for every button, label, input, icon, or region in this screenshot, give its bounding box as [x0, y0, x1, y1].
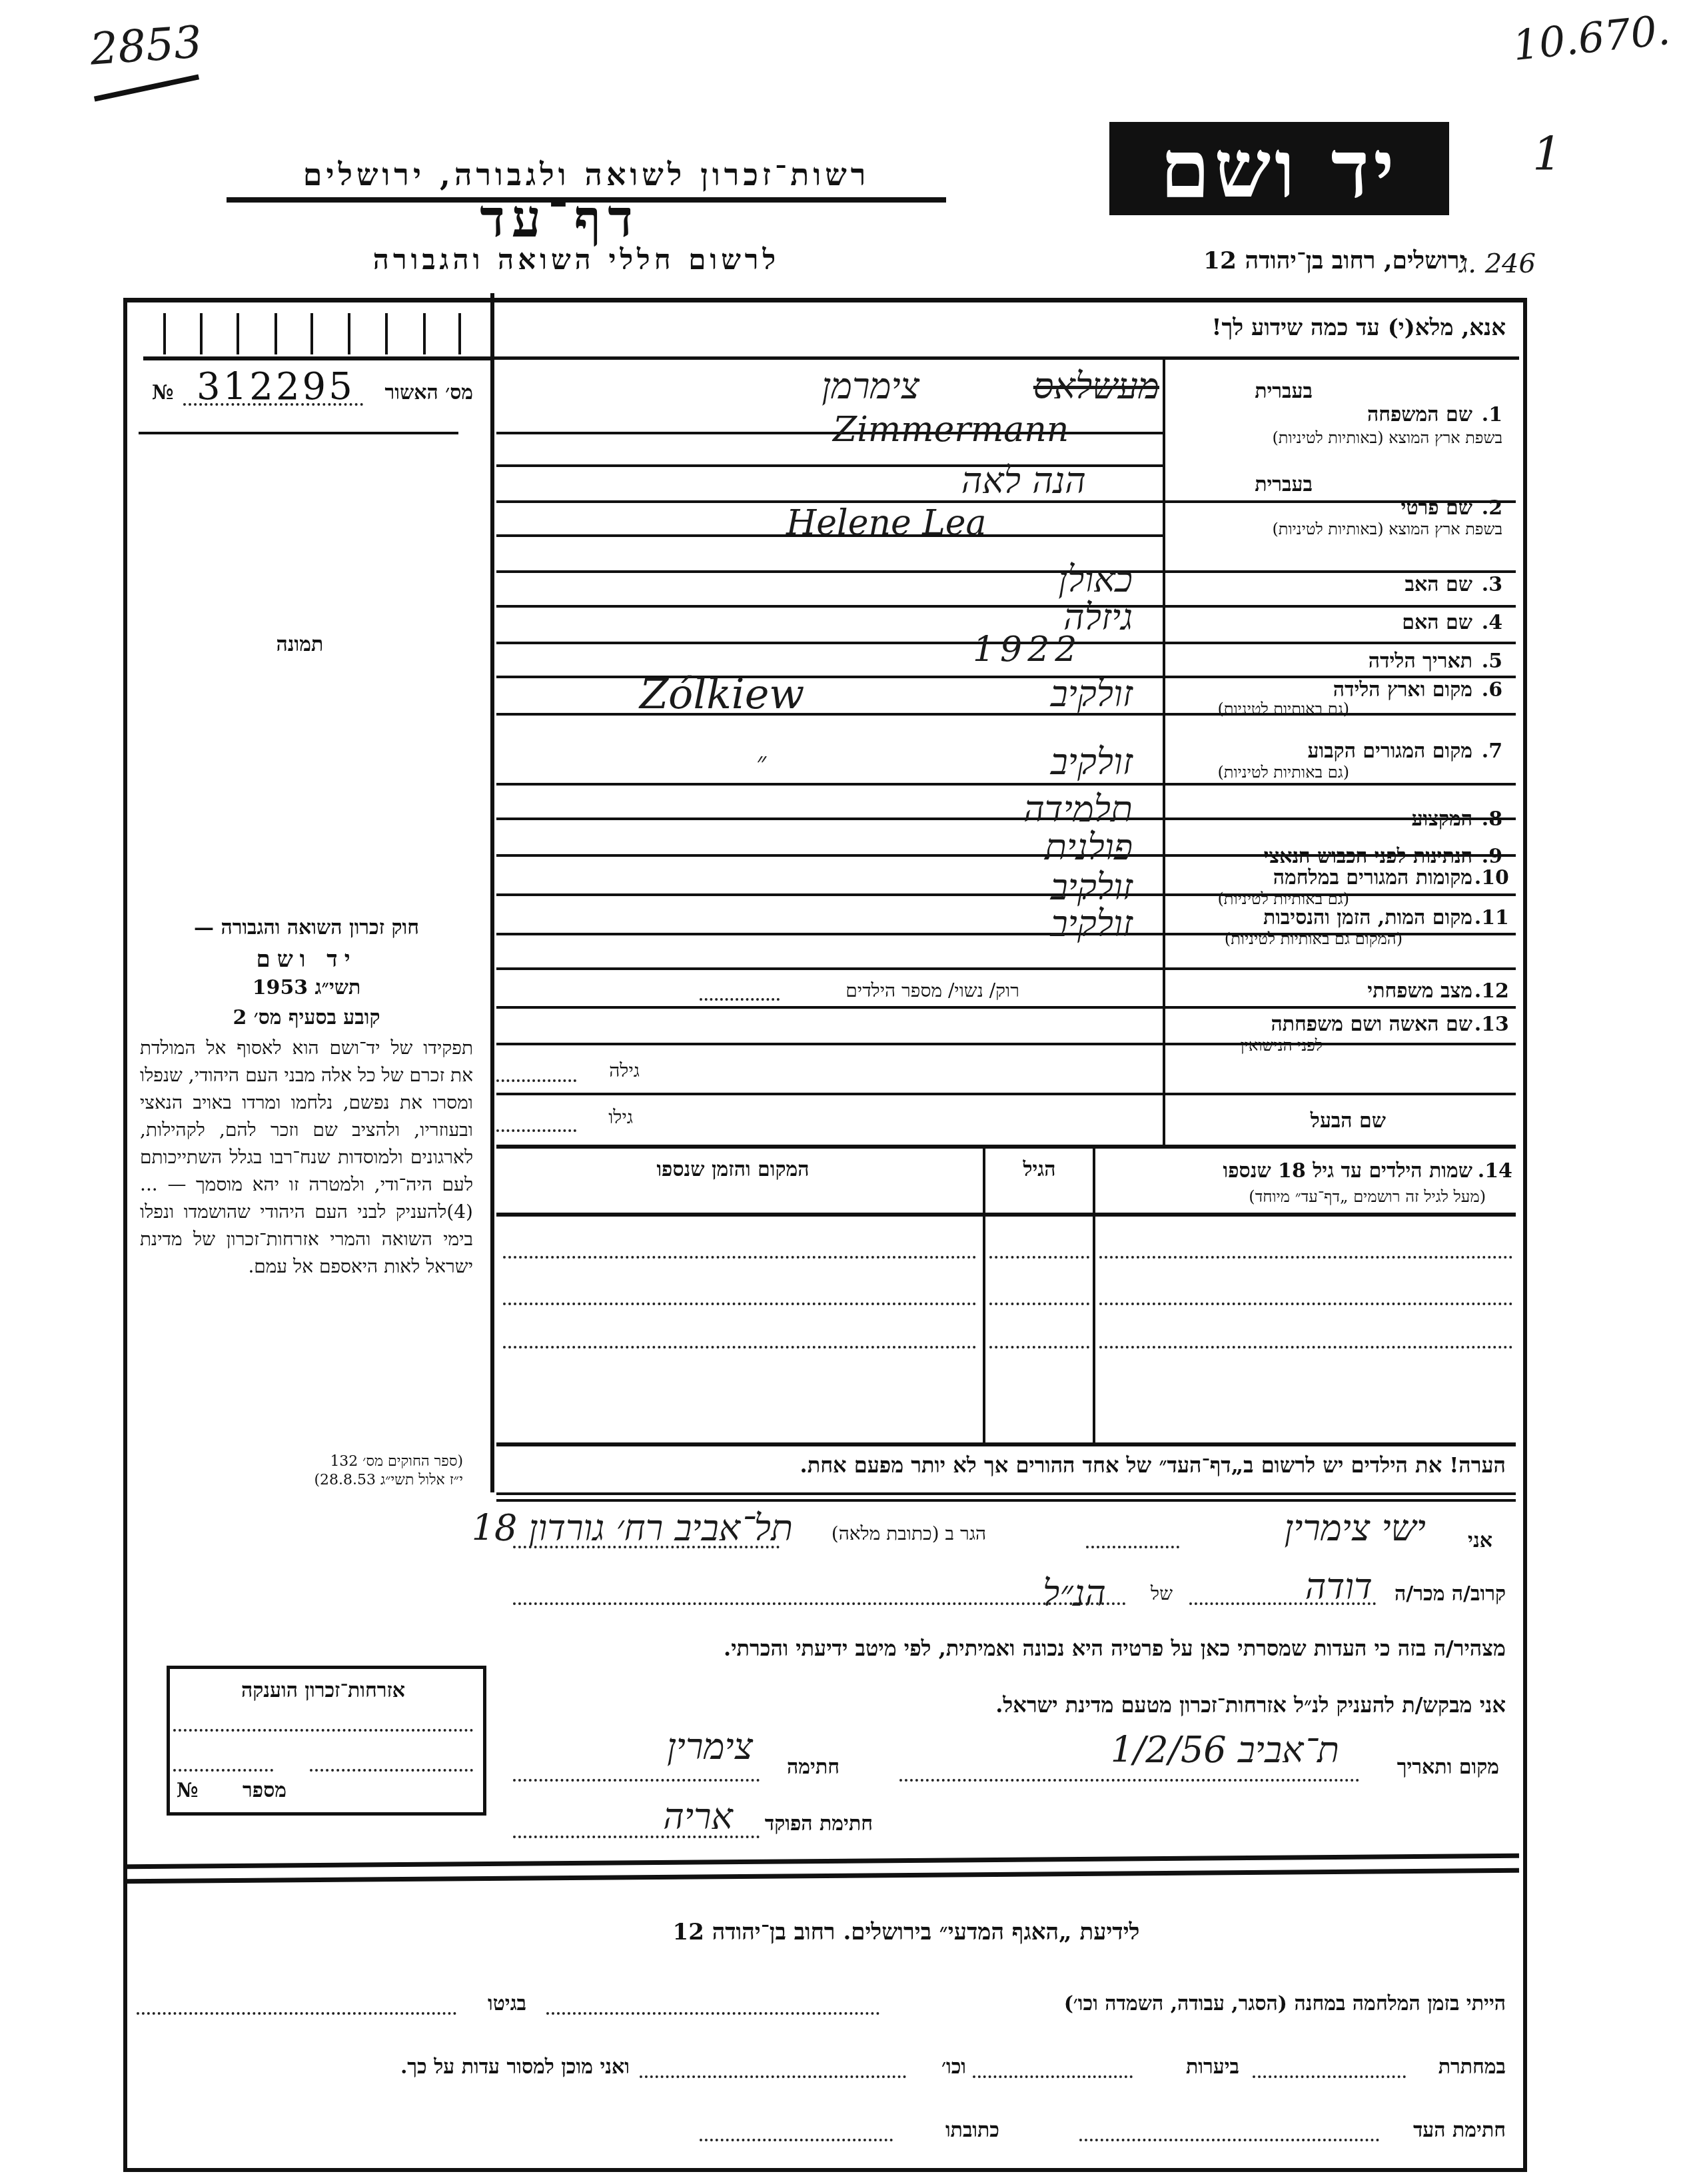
law-year: תשי״ג 1953 — [143, 976, 470, 999]
citizenship-request: אני מבקש/ת להעניק לנ״ל אזרחות־זכרון מטעם… — [766, 1692, 1506, 1718]
place-date-label: מקום ותאריך — [1366, 1756, 1499, 1779]
field-1-hebrew-tag: בעברית — [1233, 380, 1313, 403]
field-5-label: תאריך הלידה — [1253, 650, 1472, 673]
photo-label: תמונה — [267, 633, 333, 656]
form-subtitle: לרשום חללי השואה והגבורה — [293, 243, 859, 276]
row-line — [496, 1006, 1516, 1009]
declarant-resides-label: הגר ב (כתובת מלאה) — [786, 1522, 986, 1545]
field-10-label: מקומות המגורים במלחמה — [1169, 866, 1472, 889]
field-2-sublabel: בשפת ארץ המוצא (באותיות לטיניות) — [1169, 520, 1502, 539]
field-11-sublabel: (המקום גם באותיות לטיניות) — [1169, 929, 1403, 949]
tick-mark — [385, 313, 388, 354]
tick-mark — [348, 313, 350, 354]
field-2-hebrew-tag: בעברית — [1233, 473, 1313, 496]
relation-label: קרוב/ה מכר/ה — [1386, 1582, 1506, 1606]
field-1-number: 1. — [1472, 403, 1502, 426]
field-6-number: 6. — [1472, 678, 1502, 702]
citizenship-box-line-2b[interactable] — [310, 1769, 473, 1772]
officer-signature-value[interactable]: אריה — [586, 1796, 733, 1838]
children-col-place: המקום והזמן שנספו — [533, 1158, 933, 1181]
citizenship-box-line-2a[interactable] — [173, 1769, 273, 1772]
field-7-sublabel: (גם באותיות לטיניות) — [1169, 763, 1349, 782]
tick-mark — [275, 313, 277, 354]
field-2-hebrew-value: הנה לאה — [886, 460, 1086, 502]
field-2-number: 2. — [1472, 496, 1502, 520]
etc-dots[interactable] — [640, 2075, 906, 2078]
tick-mark — [310, 313, 313, 354]
field-7-label: מקום המגורים הקבוע — [1233, 740, 1472, 763]
witness-signature-dots[interactable] — [1079, 2139, 1379, 2141]
field-1-struck-value: מעשלאס — [939, 365, 1159, 407]
place-date-dots[interactable] — [899, 1779, 1359, 1782]
row-line — [496, 1145, 1516, 1149]
declaration-text: מצהיר/ה בזה כי העדות שמסרתי כאן על פרטיה… — [500, 1636, 1506, 1661]
law-title: חוק זכרון השואה והגבורה — — [143, 916, 470, 939]
of-label: של — [1139, 1582, 1173, 1605]
tick-mark — [163, 313, 166, 354]
divider — [496, 1499, 1516, 1502]
field-13-number: 13. — [1472, 1013, 1509, 1036]
field-7-value: זולקיב — [986, 741, 1133, 783]
field-13-age-label: גילה — [586, 1059, 640, 1082]
address: ירושלים, רחוב בן־יהודה 12 — [1093, 247, 1466, 274]
signature-dots[interactable] — [513, 1779, 760, 1782]
field-1-label: שם המשפחה — [1253, 403, 1472, 426]
field-8-number: 8. — [1472, 808, 1502, 831]
field-12-number: 12. — [1472, 979, 1509, 1003]
declarant-i-label: אני — [1452, 1529, 1492, 1552]
yad-vashem-logo: יד ושם — [1109, 122, 1449, 215]
field-6-latin-value: Zólkiew — [640, 670, 804, 718]
row-line — [496, 783, 1516, 786]
declarant-name-dots[interactable] — [1086, 1546, 1179, 1548]
field-9-number: 9. — [1472, 845, 1502, 868]
forests-dots[interactable] — [973, 2075, 1133, 2078]
form-title: דף־עד — [426, 189, 693, 249]
testimony-offer: ואני מוכן למסור עדות על כך. — [130, 2055, 630, 2079]
children-label: שמות הילדים עד גיל 18 שנספו — [1099, 1159, 1472, 1183]
citizenship-no-symbol: № — [177, 1779, 203, 1802]
field-4-label: שם האם — [1253, 611, 1472, 634]
divider — [139, 432, 458, 434]
law-citation-1: (ספר החוקים מס׳ 132 — [143, 1452, 463, 1470]
field-6-sublabel: (גם באותיות לטיניות) — [1169, 700, 1349, 719]
husband-name-label: שם הבעל — [1253, 1109, 1386, 1133]
field-5-value: 1922 — [973, 630, 1082, 670]
children-row-3-age[interactable] — [989, 1346, 1089, 1349]
citizenship-box-line-1[interactable] — [173, 1729, 473, 1732]
husband-age-label: גילו — [586, 1106, 633, 1129]
field-13-age-dots — [496, 1079, 576, 1082]
field-4-number: 4. — [1472, 611, 1502, 634]
declarant-name: ישי צימרין — [1179, 1507, 1426, 1549]
children-row-2-name[interactable] — [1099, 1303, 1512, 1305]
signature-label: חתימה — [766, 1756, 840, 1779]
children-row-1-age[interactable] — [989, 1256, 1089, 1259]
of-value: הנ״ל — [959, 1572, 1106, 1614]
authority-name: רשות־זכרון לשואה ולגבורה, ירושלים — [220, 157, 953, 193]
field-2-latin-value: Helene Lea — [786, 503, 987, 543]
field-6-label: מקום וארץ הלידה — [1253, 678, 1472, 702]
children-row-3-name[interactable] — [1099, 1346, 1512, 1349]
field-8-label: המקצוע — [1253, 808, 1472, 831]
field-2-label: שם פרטי — [1253, 496, 1472, 520]
field-9-value: פולנית — [946, 826, 1133, 868]
scientific-dept-heading: לידיעת „האגף המדעי״ בירושלים. רחוב בן־יה… — [553, 1919, 1259, 1945]
field-6-value: זולקיב — [1013, 673, 1133, 715]
field-13-label: שם האשה ושם משפחתה — [1169, 1013, 1472, 1036]
field-11-number: 11. — [1472, 906, 1509, 929]
field-10-value: זולקיב — [973, 866, 1133, 908]
field-3-number: 3. — [1472, 573, 1502, 596]
field-1-hebrew-value: צימרמן — [720, 365, 919, 407]
row-line — [496, 605, 1516, 608]
page-reference: 10.670. — [1510, 5, 1672, 70]
field-12-label: מצב משפחתי — [1253, 979, 1472, 1003]
divider — [496, 1492, 1516, 1495]
camp-text: הייתי בזמן המלחמה במחנה (הסגר, עבודה, הש… — [886, 1992, 1506, 2015]
officer-signature-dots[interactable] — [513, 1836, 760, 1838]
children-col-age: הגיל — [993, 1158, 1086, 1181]
field-7-number: 7. — [1472, 740, 1502, 763]
children-name-col-divider — [1093, 1146, 1095, 1446]
children-bottom-line — [496, 1442, 1516, 1446]
field-1-latin-value: Zimmermann — [833, 410, 1069, 450]
field-10-number: 10. — [1472, 866, 1509, 889]
of-dots[interactable] — [513, 1602, 1126, 1605]
approval-no-symbol: № — [152, 381, 179, 404]
citizenship-box-title: אזרחות־זכרון הוענקה — [180, 1679, 466, 1702]
law-body: תפקידו של יד־ושם הוא לאסוף אל המולדת את … — [140, 1034, 473, 1280]
law-section: קובע בסעיף מס׳ 2 — [143, 1006, 470, 1029]
field-3-label: שם האב — [1253, 573, 1472, 596]
children-row-3-place[interactable] — [503, 1346, 976, 1349]
row-line — [496, 1043, 1516, 1045]
tick-mark — [200, 313, 203, 354]
divider — [493, 356, 1519, 360]
underground-dots[interactable] — [1253, 2075, 1406, 2078]
husband-age-dots — [496, 1129, 576, 1132]
underground-label: במחתרת — [1412, 2055, 1506, 2079]
children-row-2-place[interactable] — [503, 1303, 976, 1305]
margin-mark: 1 — [1532, 127, 1562, 181]
forests-label: ביערות — [1139, 2055, 1239, 2079]
tick-strip-bottom — [143, 356, 493, 360]
camp-dots[interactable] — [546, 2012, 879, 2015]
field-8-value: תלמידה — [933, 788, 1133, 830]
signature-value[interactable]: צימרין — [553, 1726, 753, 1768]
left-column-divider — [490, 293, 494, 1492]
ghetto-label: בגיטו — [460, 1992, 526, 2015]
instructions: אנא, מלא(י) עד כמה שידוע לך! — [999, 314, 1506, 341]
children-row-1-name[interactable] — [1099, 1256, 1512, 1259]
field-7-ditto: ״ — [756, 746, 766, 778]
children-age-col-divider — [983, 1146, 985, 1446]
children-note: הערה! את הילדים יש לרשום ב„דף־העד״ של אח… — [506, 1452, 1506, 1478]
law-logo: יד ושם — [143, 946, 470, 973]
relation-dots[interactable] — [1189, 1602, 1376, 1605]
declarant-address: תל־אביב רח׳ גורדון 18 — [513, 1507, 793, 1549]
label-column-divider — [1163, 360, 1165, 1146]
approval-label: מס׳ האשור — [373, 381, 473, 404]
field-13-sublabel: לפני הנישואין — [1169, 1036, 1323, 1055]
row-line — [496, 967, 1516, 970]
witness-address-dots[interactable] — [700, 2139, 893, 2141]
relation-value: דודה — [1266, 1566, 1373, 1608]
etc-label: וכו׳ — [919, 2055, 966, 2079]
field-9-label: הנתינות לפני הכבוש הנאצי — [1169, 845, 1472, 868]
officer-signature-label: חתימת הפוקד — [740, 1812, 873, 1836]
ghetto-dots[interactable] — [137, 2012, 456, 2015]
children-number: 14. — [1472, 1159, 1512, 1183]
children-sublabel: (מעל לגיל זה רושמים „דף־עד״ מיוחד) — [1099, 1187, 1486, 1207]
witness-signature-label: חתימת העד — [1386, 2119, 1506, 2142]
row-line — [496, 1093, 1516, 1095]
field-11-label: מקום המות, הזמן והנסיבות — [1169, 906, 1472, 929]
file-reference: 246 .ג — [1459, 248, 1536, 279]
approval-dots — [183, 403, 363, 406]
field-3-value: כאולן — [1013, 558, 1133, 600]
children-row-1-place[interactable] — [503, 1256, 976, 1259]
field-12-dots — [700, 998, 780, 1001]
place-date-value: ת־אביב 1/2/56 — [926, 1729, 1339, 1771]
citizenship-number-label: מספר — [220, 1779, 286, 1802]
archive-number: 2853 — [89, 16, 204, 75]
declarant-address-dots[interactable] — [513, 1546, 780, 1548]
witness-address-label: כתובתו — [899, 2119, 999, 2142]
approval-number: 312295 — [197, 365, 355, 408]
tick-mark — [458, 313, 461, 354]
children-row-2-age[interactable] — [989, 1303, 1089, 1305]
field-1-sublabel: בשפת ארץ המוצא (באותיות לטיניות) — [1169, 428, 1502, 448]
tick-mark — [237, 313, 239, 354]
law-citation-2: י״ז אלול תשי״ג 28.8.53) — [143, 1471, 463, 1488]
tick-mark — [423, 313, 426, 354]
children-header-line — [496, 1213, 1516, 1217]
field-11-value: זולקיב — [953, 903, 1133, 945]
field-5-number: 5. — [1472, 650, 1502, 673]
archive-number-underline — [94, 74, 199, 101]
